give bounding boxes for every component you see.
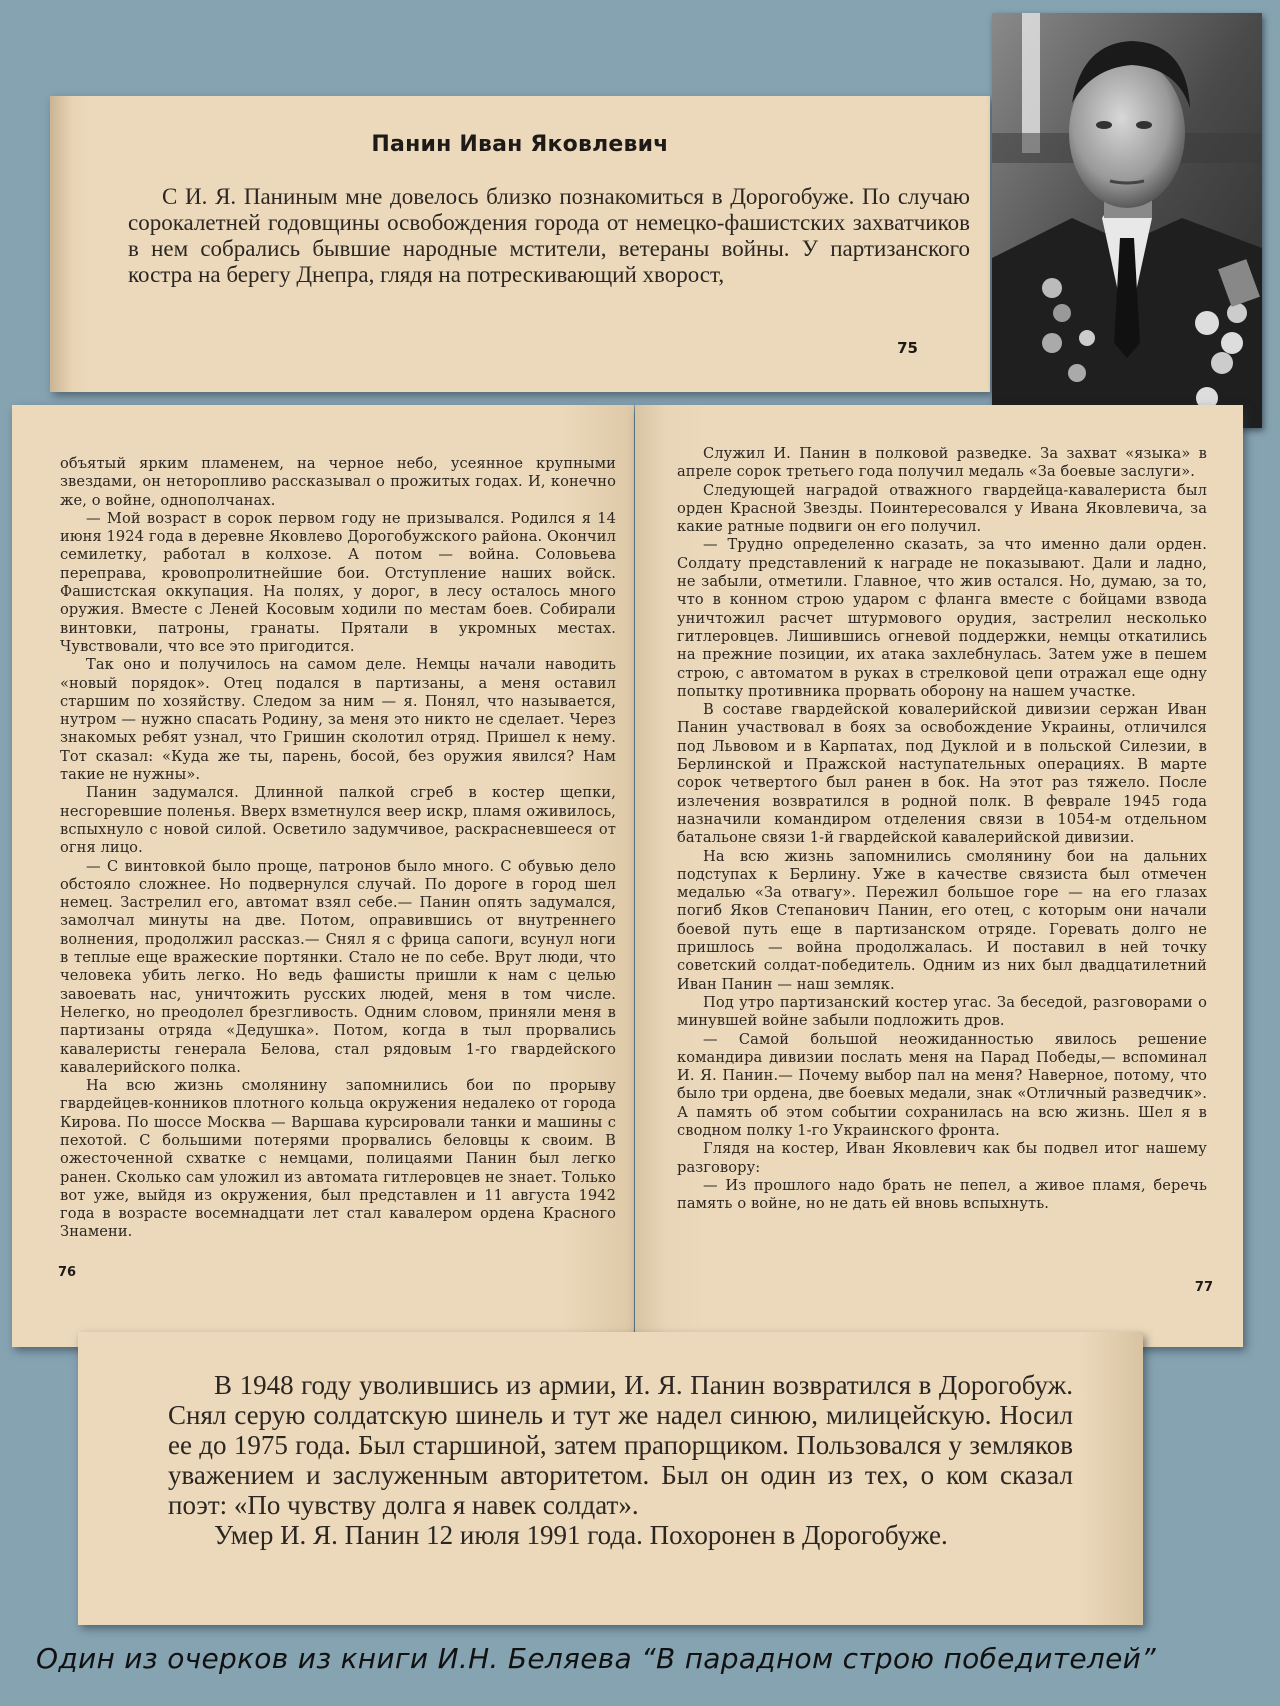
image-caption: Один из очерков из книги И.Н. Беляева “В… <box>36 1642 1156 1675</box>
article-title: Панин Иван Яковлевич <box>50 132 990 157</box>
book-page-left: объятый ярким пламенем, на черное небо, … <box>12 405 634 1347</box>
paragraph: Глядя на костер, Иван Яковлевич как бы п… <box>677 1140 1207 1177</box>
paragraph: Служил И. Панин в полковой разведке. За … <box>677 445 1207 482</box>
page-number: 75 <box>897 339 918 357</box>
top-excerpt-body: С И. Я. Паниным мне довелось близко позн… <box>128 184 970 288</box>
paragraph: С И. Я. Паниным мне довелось близко позн… <box>128 184 970 288</box>
portrait-photo <box>992 13 1262 428</box>
bottom-excerpt-panel: В 1948 году уволившись из армии, И. Я. П… <box>78 1332 1143 1625</box>
paragraph: — Трудно определенно сказать, за что име… <box>677 536 1207 701</box>
paragraph: — С винтовкой было проще, патронов было … <box>60 858 616 1078</box>
paragraph: — Мой возраст в сорок первом году не при… <box>60 510 616 656</box>
right-page-text: Служил И. Панин в полковой разведке. За … <box>677 445 1207 1213</box>
paragraph: Под утро партизанский костер угас. За бе… <box>677 994 1207 1031</box>
paragraph: На всю жизнь смолянину запомнились бои п… <box>60 1077 616 1242</box>
bottom-excerpt-body: В 1948 году уволившись из армии, И. Я. П… <box>168 1370 1073 1550</box>
paragraph: В составе гвардейской ковалерийской диви… <box>677 701 1207 847</box>
paragraph: Следующей наградой отважного гвардейца-к… <box>677 482 1207 537</box>
portrait-icon <box>992 13 1262 428</box>
page-number: 77 <box>1195 1280 1213 1295</box>
paragraph: Умер И. Я. Панин 12 июля 1991 года. Похо… <box>168 1520 1073 1550</box>
paragraph: В 1948 году уволившись из армии, И. Я. П… <box>168 1370 1073 1520</box>
paragraph: Панин задумался. Длинной палкой сгреб в … <box>60 784 616 857</box>
paragraph: объятый ярким пламенем, на черное небо, … <box>60 455 616 510</box>
paragraph: Так оно и получилось на самом деле. Немц… <box>60 656 616 784</box>
paragraph: — Из прошлого надо брать не пепел, а жив… <box>677 1177 1207 1214</box>
paragraph: — Самой большой неожиданностью явилось р… <box>677 1031 1207 1141</box>
book-page-right: Служил И. Панин в полковой разведке. За … <box>635 405 1243 1347</box>
paragraph: На всю жизнь запомнились смолянину бои н… <box>677 848 1207 994</box>
top-excerpt-panel: Панин Иван Яковлевич С И. Я. Паниным мне… <box>50 96 990 392</box>
left-page-text: объятый ярким пламенем, на черное небо, … <box>60 455 616 1242</box>
page-number: 76 <box>58 1265 76 1280</box>
